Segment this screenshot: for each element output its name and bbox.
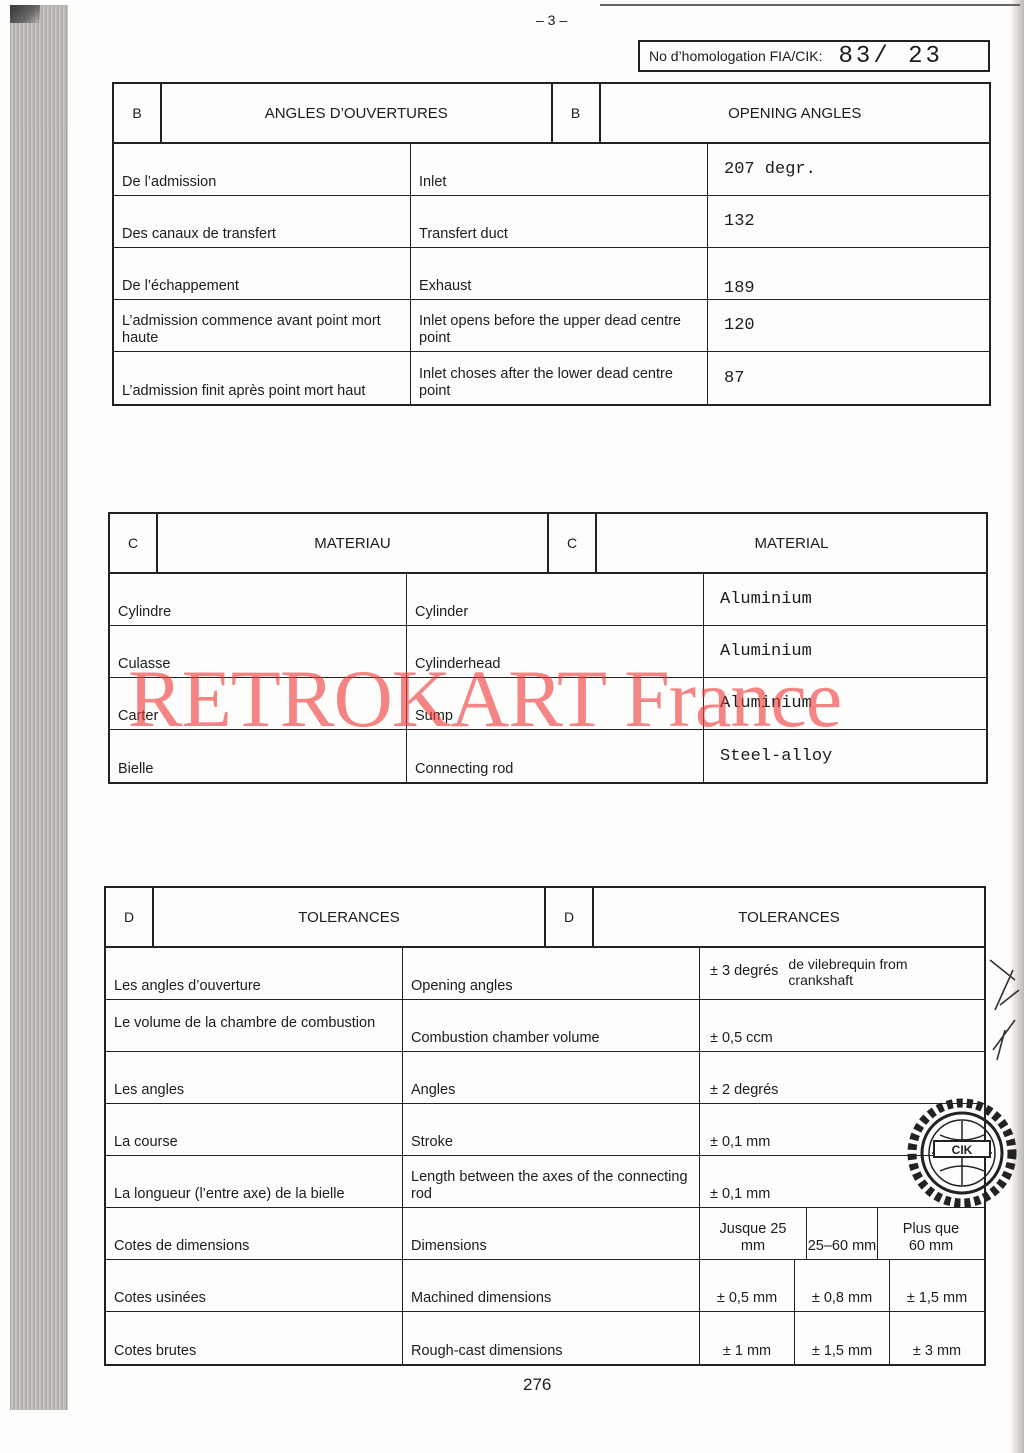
label-en: Sump — [407, 678, 704, 729]
table-header: C MATERIAU C MATERIAL — [110, 514, 986, 574]
value-cell: ± 3 degrés de vilebrequin from crankshaf… — [700, 948, 984, 999]
label-fr: Cotes usinées — [106, 1260, 403, 1311]
table-row: Le volume de la chambre de combustion Co… — [106, 1000, 984, 1052]
cik-stamp-icon: CIK — [904, 1095, 1020, 1211]
homologation-number: 83/ 23 — [839, 43, 943, 70]
tolerances-table: D TOLERANCES D TOLERANCES Les angles d’o… — [104, 886, 986, 1366]
value: Steel-alloy — [704, 730, 986, 782]
rough-values: ± 1 mm ± 1,5 mm ± 3 mm — [700, 1312, 984, 1364]
label-fr: L’admission finit après point mort haut — [114, 352, 411, 404]
label-fr: La longueur (l’entre axe) de la bielle — [106, 1156, 403, 1207]
signature-icon — [985, 950, 1024, 1070]
table-row-machined: Cotes usinées Machined dimensions ± 0,5 … — [106, 1260, 984, 1312]
stamp-text: CIK — [952, 1143, 973, 1157]
value: ± 1,5 mm — [890, 1260, 984, 1311]
homologation-label: No d’homologation FIA/CIK: — [649, 48, 823, 64]
range-header: 25–60 mm — [807, 1208, 878, 1259]
table-row-rough: Cotes brutes Rough-cast dimensions ± 1 m… — [106, 1312, 984, 1364]
table-row: La course Stroke ± 0,1 mm — [106, 1104, 984, 1156]
value: ± 0,5 ccm — [700, 1000, 984, 1051]
section-code-en: B — [553, 84, 601, 142]
section-title-en: OPENING ANGLES — [601, 84, 990, 142]
label-fr: La course — [106, 1104, 403, 1155]
scan-edge-line — [600, 4, 1020, 6]
table-row: La longueur (l’entre axe) de la bielle L… — [106, 1156, 984, 1208]
section-title-fr: MATERIAU — [158, 514, 549, 572]
table-row: Culasse Cylinderhead Aluminium — [110, 626, 986, 678]
bottom-page-number: 276 — [523, 1375, 551, 1395]
value: 189 — [708, 248, 989, 299]
table-row: Les angles Angles ± 2 degrés — [106, 1052, 984, 1104]
value: 132 — [708, 196, 989, 247]
table-row-dimensions: Cotes de dimensions Dimensions Jusque 25… — [106, 1208, 984, 1260]
table-row: L’admission finit après point mort haut … — [114, 352, 989, 404]
label-fr: Carter — [110, 678, 407, 729]
section-code-en: C — [549, 514, 597, 572]
section-code-fr: C — [110, 514, 158, 572]
label-en: Transfert duct — [411, 196, 708, 247]
label-en: Cylinder — [407, 574, 704, 625]
label-fr: Le volume de la chambre de combustion — [106, 1000, 403, 1051]
value: ± 0,5 mm — [700, 1260, 795, 1311]
table-header: D TOLERANCES D TOLERANCES — [106, 888, 984, 948]
value: Aluminium — [704, 678, 986, 729]
opening-angles-table: B ANGLES D’OUVERTURES B OPENING ANGLES D… — [112, 82, 991, 406]
label-fr: Les angles — [106, 1052, 403, 1103]
section-code-fr: B — [114, 84, 162, 142]
label-fr: L’admission commence avant point mort ha… — [114, 300, 411, 351]
value: ± 3 mm — [890, 1312, 984, 1364]
book-spine-shadow — [10, 5, 68, 1410]
table-row: Les angles d’ouverture Opening angles ± … — [106, 948, 984, 1000]
label-en: Opening angles — [403, 948, 700, 999]
section-title-en: TOLERANCES — [594, 888, 984, 946]
label-en: Machined dimensions — [403, 1260, 700, 1311]
label-en: Dimensions — [403, 1208, 700, 1259]
value: Aluminium — [704, 626, 986, 677]
label-fr: Bielle — [110, 730, 407, 782]
section-title-fr: ANGLES D’OUVERTURES — [162, 84, 553, 142]
label-en: Length between the axes of the connectin… — [403, 1156, 700, 1207]
range-header: Plus que 60 mm — [878, 1208, 984, 1259]
label-fr: Culasse — [110, 626, 407, 677]
label-en: Angles — [403, 1052, 700, 1103]
table-row: Cylindre Cylinder Aluminium — [110, 574, 986, 626]
table-row: De l’admission Inlet 207 degr. — [114, 144, 989, 196]
label-fr: Les angles d’ouverture — [106, 948, 403, 999]
label-fr: De l’échappement — [114, 248, 411, 299]
range-header: Jusque 25 mm — [700, 1208, 807, 1259]
label-en: Exhaust — [411, 248, 708, 299]
value: 120 — [708, 300, 989, 351]
value: ± 1 mm — [700, 1312, 795, 1364]
section-code-en: D — [546, 888, 594, 946]
label-en: Stroke — [403, 1104, 700, 1155]
value: ± 1,5 mm — [795, 1312, 890, 1364]
value: ± 3 degrés — [710, 963, 778, 980]
table-header: B ANGLES D’OUVERTURES B OPENING ANGLES — [114, 84, 989, 144]
table-row: Des canaux de transfert Transfert duct 1… — [114, 196, 989, 248]
label-fr: De l’admission — [114, 144, 411, 195]
section-code-fr: D — [106, 888, 154, 946]
value: 207 degr. — [708, 144, 989, 195]
table-row: Carter Sump Aluminium — [110, 678, 986, 730]
label-en: Inlet — [411, 144, 708, 195]
label-en: Inlet opens before the upper dead centre… — [411, 300, 708, 351]
value-note: de vilebrequin from crankshaft — [788, 956, 908, 988]
material-table: C MATERIAU C MATERIAL Cylindre Cylinder … — [108, 512, 988, 784]
label-fr: Cotes brutes — [106, 1312, 403, 1364]
homologation-box: No d’homologation FIA/CIK: 83/ 23 — [638, 40, 990, 72]
machined-values: ± 0,5 mm ± 0,8 mm ± 1,5 mm — [700, 1260, 984, 1311]
table-row: De l’échappement Exhaust 189 — [114, 248, 989, 300]
label-en: Combustion chamber volume — [403, 1000, 700, 1051]
table-row: L’admission commence avant point mort ha… — [114, 300, 989, 352]
section-title-fr: TOLERANCES — [154, 888, 546, 946]
label-en: Rough-cast dimensions — [403, 1312, 700, 1364]
dimension-ranges: Jusque 25 mm 25–60 mm Plus que 60 mm — [700, 1208, 984, 1259]
label-fr: Cotes de dimensions — [106, 1208, 403, 1259]
label-fr: Cylindre — [110, 574, 407, 625]
value: Aluminium — [704, 574, 986, 625]
label-en: Connecting rod — [407, 730, 704, 782]
label-en: Inlet choses after the lower dead centre… — [411, 352, 708, 404]
top-page-number: – 3 – — [536, 12, 567, 28]
label-en: Cylinderhead — [407, 626, 704, 677]
page-edge-shadow — [1010, 0, 1024, 1453]
value: 87 — [708, 352, 989, 404]
table-row: Bielle Connecting rod Steel-alloy — [110, 730, 986, 782]
value: ± 0,8 mm — [795, 1260, 890, 1311]
section-title-en: MATERIAL — [597, 514, 986, 572]
label-fr: Des canaux de transfert — [114, 196, 411, 247]
